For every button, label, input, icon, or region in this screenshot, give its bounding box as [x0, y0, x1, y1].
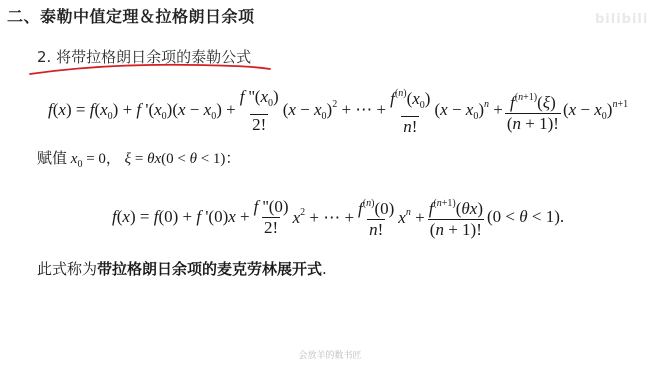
assignment-suffix: ：	[225, 149, 240, 167]
section-title: 二、泰勒中值定理＆拉格朗日余项	[7, 4, 255, 27]
red-underline-annotation	[26, 62, 276, 78]
conclusion-prefix: 此式称为	[37, 260, 97, 278]
footer-watermark: 会放羊的数书匠	[0, 348, 660, 361]
assignment-prefix: 赋值	[37, 149, 67, 167]
taylor-formula-lagrange: f(x) = f(x0) + f '(x0)(x − x0) + f ''(x0…	[48, 84, 628, 137]
conclusion-line: 此式称为带拉格朗日余项的麦克劳林展开式.	[37, 258, 327, 279]
assignment-separator: ，	[106, 149, 121, 167]
assignment-line: 赋值 x0 = 0， ξ = θx(0 < θ < 1)：	[37, 147, 240, 170]
bilibili-logo-watermark: bilibili	[595, 12, 648, 27]
conclusion-suffix: .	[322, 260, 327, 278]
maclaurin-formula-lagrange: f(x) = f(0) + f '(0)x + f ''(0)2! x2 + ⋯…	[112, 194, 564, 240]
conclusion-emphasis: 带拉格朗日余项的麦克劳林展开式	[97, 260, 322, 278]
